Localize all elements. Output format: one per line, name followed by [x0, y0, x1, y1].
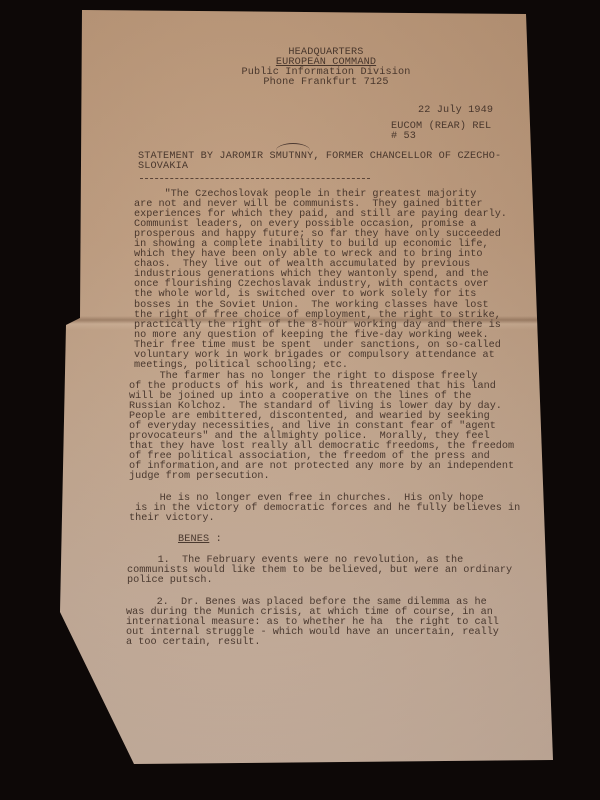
typed-line: police putsch.: [127, 576, 547, 586]
reference-number: # 53: [391, 132, 416, 142]
document-date: 22 July 1949: [418, 106, 493, 116]
paragraph-churches: He is no longer even free in churches. H…: [129, 494, 549, 524]
section-heading-benes: BENES :: [178, 535, 222, 545]
typed-line: the whole world, is switched over to wor…: [134, 290, 554, 300]
paragraph-farmers: The farmer has no longer the right to di…: [129, 372, 549, 483]
paragraph-workers: "The Czechoslovak people in their greate…: [134, 190, 554, 371]
section-heading-colon: :: [209, 534, 222, 545]
point-1-february-events: 1. The February events were no revolutio…: [127, 556, 547, 586]
title-dashed-divider: [140, 178, 370, 180]
section-heading-text: BENES: [178, 534, 209, 545]
letterhead-phone: Phone Frankfurt 7125: [196, 78, 456, 88]
typed-line: a too certain, result.: [126, 638, 546, 648]
point-2-benes-dilemma: 2. Dr. Benes was placed before the same …: [126, 598, 546, 648]
typed-line: their victory.: [129, 514, 549, 524]
typed-line: meetings, political schooling; etc.: [134, 361, 554, 371]
typed-line: judge from persecution.: [129, 472, 549, 482]
statement-title-line1: STATEMENT BY JAROMIR SMUTNNY, FORMER CHA…: [138, 152, 501, 162]
statement-title-line2: SLOVAKIA: [138, 162, 188, 172]
